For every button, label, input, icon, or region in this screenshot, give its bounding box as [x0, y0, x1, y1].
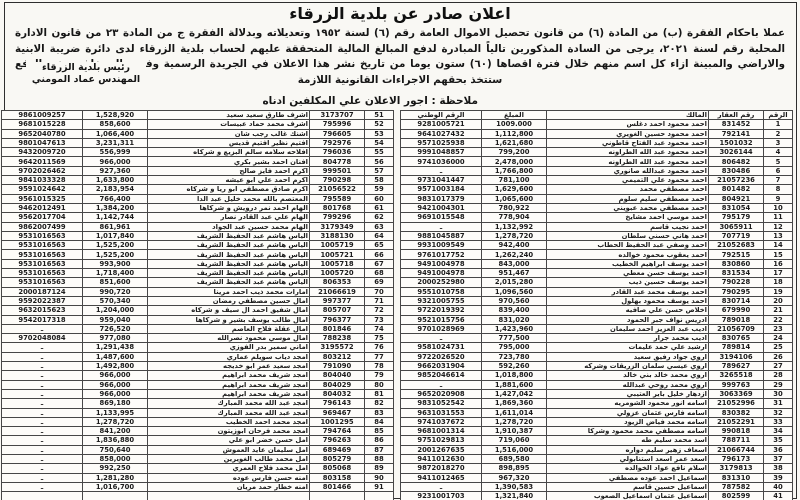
table-cell: 1,096,560 — [482, 287, 547, 296]
table-cell: 9652040780 — [2, 129, 83, 138]
table-cell: 1,065,600 — [482, 194, 547, 203]
table-cell: 831534 — [709, 269, 764, 278]
table-cell: افلاحه سلامه سالم البزيع و شركاه — [148, 148, 310, 157]
table-cell: ـ — [2, 427, 83, 436]
table-cell: 40 — [764, 482, 793, 491]
table-row: 303063369ازدهار خليل باير العتيبي1,427,0… — [401, 389, 793, 398]
table-cell: 9691015548 — [401, 213, 482, 222]
table-cell: 999501 — [310, 166, 365, 175]
table-cell: 10 — [764, 203, 793, 212]
table-cell: 796143 — [310, 399, 365, 408]
table-cell: 61 — [365, 203, 394, 212]
table-cell: 790228 — [709, 278, 764, 287]
table-cell: ازدهار خليل باير العتيبي — [547, 389, 709, 398]
table-cell: 9591024642 — [2, 185, 83, 194]
table-row: 85794764امجد محمد فرحان ابوزيتون841,200ـ — [2, 427, 394, 436]
table-cell: 966,000 — [83, 380, 148, 389]
table-cell: اسامه محمد فياض الزيود — [547, 417, 709, 426]
table-cell: 81 — [365, 389, 394, 398]
table-cell: 1,427,042 — [482, 389, 547, 398]
table-cell: 57 — [365, 166, 394, 175]
table-cell: امال حسين مصطفي رمضان — [148, 296, 310, 305]
table-cell: 805068 — [310, 464, 365, 473]
table-cell: 37 — [764, 454, 793, 463]
table-cell: 689,580 — [482, 454, 547, 463]
table-cell: 3065911 — [709, 222, 764, 231]
table-cell: ـ — [2, 324, 83, 333]
table-cell: احمد محمود عبدالله صانوري — [547, 166, 709, 175]
note-line: ملاحظة : اجور الاعلان علي المكلفين ادناه — [262, 95, 478, 107]
col-header: المبلغ — [482, 111, 547, 120]
table-cell: 21052683 — [709, 241, 764, 250]
table-cell: 9521015756 — [401, 315, 482, 324]
table-cell: الهام احمد نمر درويش و شركاها — [148, 203, 310, 212]
table-cell: الياس هاشم عبد الحفيظ الشريف — [148, 250, 310, 259]
table-row: 29999763اروي محمد روحي عبدالله1,881,600ـ — [401, 380, 793, 389]
table-cell — [310, 492, 365, 500]
table-cell: 1,384,200 — [83, 203, 148, 212]
table-row: 75788238امال موسي محمود نصرالله977,08097… — [2, 334, 394, 343]
table-cell: 25 — [764, 343, 793, 352]
table-cell: 9531016563 — [2, 278, 83, 287]
table-cell: 9592022387 — [2, 296, 83, 305]
table-cell: امال طالب يوسف بشير و شركاها — [148, 315, 310, 324]
taxpayers-table-right-half: الرقمرقم العقارالمالكالمبلغالرقم الوطني … — [406, 110, 793, 500]
table-row: 91801466امنه خطار حمد مريان1,016,700ـ — [2, 482, 394, 491]
table-cell: اماني سمير بدر الفوزي — [148, 343, 310, 352]
table-cell: 9491004978 — [401, 259, 482, 268]
table-cell: 90 — [365, 473, 394, 482]
table-cell: 68 — [365, 269, 394, 278]
table-row: 54792976افتيم نظير افتيم قديس3,231,31198… — [2, 138, 394, 147]
table-cell: 990,720 — [83, 287, 148, 296]
table-cell: اروي محمد خالد بني خالد — [547, 371, 709, 380]
table-cell: الياس هاشم عبد الحفيظ الشريف — [148, 259, 310, 268]
table-row: 55796036افلاحه سلامه سالم البزيع و شركاه… — [2, 148, 394, 157]
table-cell: 3 — [764, 138, 793, 147]
table-cell: 9561015325 — [2, 194, 83, 203]
table-cell: اشنك غالب رجب شان — [148, 129, 310, 138]
table-row: 69806353الياس هاشم عبد الحفيظ الشريف851,… — [2, 278, 394, 287]
table-row: 3121052996اسامه انور محمود الشومريه1,869… — [401, 399, 793, 408]
table-cell: 898,895 — [482, 464, 547, 473]
table-row: 58790298اكرم احمد علي ابو عيشه1,633,8009… — [2, 176, 394, 185]
table-cell: 85 — [365, 427, 394, 436]
table-row: 283265518اروي محمد خالد بني خالد1,018,80… — [401, 371, 793, 380]
table-cell: 1,910,387 — [482, 427, 547, 436]
table-row: 78791090امجد سعيد عمر ابو خديجه1,492,800… — [2, 362, 394, 371]
table-right: الرقمرقم العقارالمالكالمبلغالرقم الوطني … — [400, 110, 793, 500]
table-row: 89805068امل محمد فلاح العمري992,250ـ — [2, 464, 394, 473]
table-cell: 53 — [365, 129, 394, 138]
table-cell: 788238 — [310, 334, 365, 343]
table-cell: 27 — [764, 362, 793, 371]
table-cell: 679990 — [709, 306, 764, 315]
table-row: 90803158امنه حسن فارس عوده1,281,280ـ — [2, 473, 394, 482]
table-cell: 17 — [764, 269, 793, 278]
table-cell: 993,900 — [83, 259, 148, 268]
table-row: 21679990اخلاص حسن علي صافيه839,400972201… — [401, 306, 793, 315]
table-cell: 52 — [365, 120, 394, 129]
table-cell: 9652020908 — [401, 389, 482, 398]
table-cell: اسامه مصطفي محمد محمود وشركا — [547, 427, 709, 436]
table-cell: 9931009549 — [401, 241, 482, 250]
table-cell: 63 — [365, 222, 394, 231]
table-cell: 2 — [764, 129, 793, 138]
table-cell: 84 — [365, 417, 394, 426]
table-cell: 9542017318 — [2, 315, 83, 324]
table-cell: 70 — [365, 287, 394, 296]
table-cell: امجد محمد فرحان ابوزيتون — [148, 427, 310, 436]
table-cell: 24 — [764, 334, 793, 343]
table-cell: 9872018270 — [401, 464, 482, 473]
table-cell: 78 — [365, 362, 394, 371]
table-row: 18790228احمد يوسف حسين ذيب2,015,28020002… — [401, 278, 793, 287]
table-row: 52795996اشرف محمد حماد عبيسات858,6009681… — [2, 120, 394, 129]
table-cell: 64 — [365, 231, 394, 240]
table-cell: 3188130 — [310, 231, 365, 240]
table-cell: 1005721 — [310, 250, 365, 259]
table-cell: 9411012465 — [401, 473, 482, 482]
table-cell: 723,780 — [482, 352, 547, 361]
table-row: 88805279امل محمد طالب الغويرين858,000ـ — [2, 454, 394, 463]
table-cell: اكرم صادق مصطفي ابو ريا و شركاه — [148, 185, 310, 194]
table-cell: ادريس نواف جبر الحمود — [547, 315, 709, 324]
table-cell: 689469 — [310, 445, 365, 454]
table-cell: 8 — [764, 185, 793, 194]
table-cell: 18 — [764, 278, 793, 287]
table-row: 13707719احمد هاني حسني سلطان1,278,720988… — [401, 231, 793, 240]
table-cell: 804921 — [709, 194, 764, 203]
table-cell: 13 — [764, 231, 793, 240]
table-cell: 990818 — [709, 427, 764, 436]
table-cell: 992,250 — [83, 464, 148, 473]
table-cell: 1005718 — [310, 259, 365, 268]
table-row: 3321052291اسامه محمد فياض الزيود1,278,72… — [401, 417, 793, 426]
table-cell: 1,492,800 — [83, 362, 148, 371]
table-cell: 1,516,000 — [482, 445, 547, 454]
table-cell: اشرف محمد حماد عبيسات — [148, 120, 310, 129]
table-cell: الياس هاشم عبد الحفيظ الشريف — [148, 278, 310, 287]
col-header: رقم العقار — [709, 111, 764, 120]
table-cell: 9411012630 — [401, 454, 482, 463]
table-cell: 726,520 — [83, 324, 148, 333]
table-cell: 1 — [764, 120, 793, 129]
table-cell: 16 — [764, 259, 793, 268]
table-cell: 801466 — [310, 482, 365, 491]
table-cell: 41 — [764, 492, 793, 500]
table-cell: المعتصم بالله محمد خليل عبد الدا — [148, 194, 310, 203]
table-cell: 3179813 — [709, 464, 764, 473]
table-cell: 1001295 — [310, 417, 365, 426]
table-cell: 795179 — [709, 213, 764, 222]
table-cell: 9831052542 — [401, 399, 482, 408]
table-cell: 9831017379 — [401, 194, 482, 203]
table-cell: 9531016563 — [2, 269, 83, 278]
table-row: 20830714احمد يوسف محمود بهلول970,5609321… — [401, 296, 793, 305]
table-cell: 1,112,800 — [482, 129, 547, 138]
table-cell: 796173 — [709, 454, 764, 463]
table-cell: 789627 — [709, 362, 764, 371]
table-row: 73796377امال طالب يوسف بشير و شركاها959,… — [2, 315, 394, 324]
table-cell: 788711 — [709, 436, 764, 445]
table-cell: ـ — [2, 482, 83, 491]
col-header: الرقم الوطني — [401, 111, 482, 120]
table-row: 27789627اروي عيسي سلمان الزريقات وشركه59… — [401, 362, 793, 371]
table-cell: 9551010758 — [401, 287, 482, 296]
table-cell: 795996 — [310, 120, 365, 129]
table-cell: 9852046614 — [401, 371, 482, 380]
table-row: 37796173اسعد عمر اسعد استنابولي689,58094… — [401, 454, 793, 463]
table-row: 9804921احمد مصطفي سليم سلوم1,065,6009831… — [401, 194, 793, 203]
table-cell: 780,922 — [482, 203, 547, 212]
table-cell: امارات محمد ذيب احمد مرينا — [148, 287, 310, 296]
table-cell: 830382 — [709, 408, 764, 417]
table-cell — [148, 492, 310, 500]
table-cell: امل حسن خضر ابو علي — [148, 436, 310, 445]
table-cell: 778,904 — [482, 213, 547, 222]
table-row: 123065911احمد نجيب قاسم1,132,992ـ — [401, 222, 793, 231]
table-cell — [83, 492, 148, 500]
table-cell: 28 — [764, 371, 793, 380]
table-cell: 831310 — [709, 473, 764, 482]
table-row: 39831310اسماعيل احمد عوده مصطفي967,32094… — [401, 473, 793, 482]
table-cell: 21057236 — [709, 176, 764, 185]
table-row: 81804032امجد شريف محمد ابراهيم966,000ـ — [2, 389, 394, 398]
signature-name: المهندس عماد المومني — [26, 74, 146, 86]
table-cell: 831,020 — [482, 315, 547, 324]
table-cell: 76 — [365, 343, 394, 352]
table-cell: 9462012491 — [2, 203, 83, 212]
table-row: 643188130الياس هاشم عبد الحفيظ الشريف1,0… — [2, 231, 394, 240]
table-cell: 1,204,000 — [83, 306, 148, 315]
table-cell: اسماعيل حسين قاسم — [547, 482, 709, 491]
table-cell: احمد مصطفي محمد عبويني — [547, 203, 709, 212]
table-cell: 1,278,720 — [482, 231, 547, 240]
table-cell: افنان احمد بشير بكري — [148, 157, 310, 166]
table-cell: افتيم نظير افتيم قديس — [148, 138, 310, 147]
table-cell: 1,611,014 — [482, 408, 547, 417]
table-cell: 23 — [764, 324, 793, 333]
table-row: 8801482احمد مصطفي محمد1,629,600957100318… — [401, 185, 793, 194]
table-cell: 1,621,680 — [482, 138, 547, 147]
table-row: 57999501اكرم احمد فايز صالح927,360970202… — [2, 166, 394, 175]
table-cell: 74 — [365, 324, 394, 333]
table-row: 74801846امال عقلة فلاح العاصم726,520ـ — [2, 324, 394, 333]
table-row: 53796605اشنك غالب رجب شان1,066,400965204… — [2, 129, 394, 138]
table-row: 83969467امجد عبد الله محمد المبارك1,133,… — [2, 408, 394, 417]
table-cell: ـ — [2, 436, 83, 445]
table-cell: 966,000 — [83, 157, 148, 166]
table-cell: 802599 — [709, 492, 764, 500]
table-cell: ـ — [401, 334, 482, 343]
table-cell: 9751029813 — [401, 436, 482, 445]
table-row: 56804778افنان احمد بشير بكري966,00096420… — [2, 157, 394, 166]
table-cell: امل محمد فلاح العمري — [148, 464, 310, 473]
table-cell: 1,278,720 — [482, 417, 547, 426]
table-row: 763195572اماني سمير بدر الفوزي1,291,438ـ — [2, 343, 394, 352]
table-cell: ـ — [2, 380, 83, 389]
table-cell: 570,340 — [83, 296, 148, 305]
table-cell: 977,080 — [83, 334, 148, 343]
table-cell: امجد عبد الله محمد المبارك — [148, 399, 310, 408]
table-cell: 831054 — [709, 203, 764, 212]
table-cell: 804778 — [310, 157, 365, 166]
table-cell: 804040 — [310, 371, 365, 380]
table-cell: اسماعيل احمد عوده مصطفي — [547, 473, 709, 482]
table-cell: ـ — [2, 389, 83, 398]
table-cell: 801768 — [310, 203, 365, 212]
table-cell: 58 — [365, 176, 394, 185]
table-cell: 9281005721 — [401, 120, 482, 129]
table-cell: 841,200 — [83, 427, 148, 436]
table-cell: احمد يوسف حسين ذيب — [547, 278, 709, 287]
table-cell: 997377 — [310, 296, 365, 305]
table-cell: اسد محمد سليم طه — [547, 436, 709, 445]
table-cell: 2,183,954 — [83, 185, 148, 194]
table-cell: 1,278,720 — [83, 417, 148, 426]
table-cell: 39 — [764, 473, 793, 482]
table-cell: ـ — [401, 482, 482, 491]
table-cell: امجد عبد الله محمد المبارك — [148, 408, 310, 417]
table-cell: 9231001703 — [401, 492, 482, 500]
table-cell: 806482 — [709, 157, 764, 166]
table-cell: 55 — [365, 148, 394, 157]
table-row: 82796143امجد عبد الله محمد المبارك869,18… — [2, 399, 394, 408]
table-cell — [365, 492, 394, 500]
table-cell: 9841033328 — [2, 176, 83, 185]
table-row: 15792515احمد يعقوب محمود خوالده1,262,240… — [401, 250, 793, 259]
table-cell: 766,400 — [83, 194, 148, 203]
table-cell: امل سليمان عايد العموش — [148, 445, 310, 454]
table-row: 31501032احمد محمود عبد الفتاح قاطوني1,62… — [401, 138, 793, 147]
table-cell: احمد يوسف محمود بهلول — [547, 296, 709, 305]
table-cell: 9702026462 — [2, 166, 83, 175]
table-cell: 805707 — [310, 306, 365, 315]
table-cell: 87 — [365, 445, 394, 454]
table-cell: 799,200 — [482, 148, 547, 157]
table-cell: 801482 — [709, 185, 764, 194]
announcement-page: { "page": { "title": "اعلان صادر عن بلدي… — [0, 0, 800, 500]
table-row: 3621066744اسعاف زهير سليم دواره1,516,000… — [401, 445, 793, 454]
table-cell: 9562017704 — [2, 213, 83, 222]
table-cell: 861,961 — [83, 222, 148, 231]
table-cell: 831452 — [709, 120, 764, 129]
table-cell: 56 — [365, 157, 394, 166]
table-cell: 792976 — [310, 138, 365, 147]
table-cell: 801846 — [310, 324, 365, 333]
table-cell: امل محمد طالب الغويرين — [148, 454, 310, 463]
table-row: 671005718الياس هاشم عبد الحفيظ الشريف993… — [2, 259, 394, 268]
table-cell: الياس هاشم عبد الحفيظ الشريف — [148, 231, 310, 240]
table-cell: 1,633,800 — [83, 176, 148, 185]
table-cell: 1,629,600 — [482, 185, 547, 194]
table-cell: 9701028969 — [401, 324, 482, 333]
table-cell: 21052291 — [709, 417, 764, 426]
table-cell: 9571025938 — [401, 138, 482, 147]
table-cell: 787582 — [709, 482, 764, 491]
table-cell: 77 — [365, 352, 394, 361]
table-row: 25789814ارشيد علي حمد عليمات795,00095810… — [401, 343, 793, 352]
table-cell: 1,766,800 — [482, 166, 547, 175]
table-cell: احمد محمود عبد الفتاح قاطوني — [547, 138, 709, 147]
table-cell: 999763 — [709, 380, 764, 389]
table-cell: 21056522 — [310, 185, 365, 194]
table-cell: 839,400 — [482, 306, 547, 315]
table-cell: 7 — [764, 176, 793, 185]
table-cell: احمد محمود حسين الغويري — [547, 129, 709, 138]
table-cell: احمد محمود عبد الله الطراونه — [547, 148, 709, 157]
table-cell: 9421004301 — [401, 203, 482, 212]
table-cell: 9531016563 — [2, 231, 83, 240]
table-cell: 3179349 — [310, 222, 365, 231]
table-cell: 967,320 — [482, 473, 547, 482]
table-cell: اكرم احمد فايز صالح — [148, 166, 310, 175]
table-row: 1831452احمد محمود احمد دغلس1009.00092810… — [401, 120, 793, 129]
table-row: 10831054احمد مصطفي محمد عبويني780,922942… — [401, 203, 793, 212]
table-cell: الياس هاشم عبد الحفيظ الشريف — [148, 241, 310, 250]
table-row: 651005719الياس هاشم عبد الحفيظ الشريف1,5… — [2, 241, 394, 250]
table-cell: 54 — [365, 138, 394, 147]
table-cell: 79 — [365, 371, 394, 380]
table-cell: 791090 — [310, 362, 365, 371]
table-cell: 9 — [764, 194, 793, 203]
table-row: 721057236احمد محمود علي التميمي781,10097… — [401, 176, 793, 185]
table-cell: ـ — [401, 166, 482, 175]
table-cell: 9722026520 — [401, 352, 482, 361]
table-cell: 80 — [365, 380, 394, 389]
signature-role: رئيس بلدية الزرقاء — [26, 62, 146, 74]
table-cell: 36 — [764, 445, 793, 454]
table-cell: 795,000 — [482, 343, 547, 352]
table-cell: 803212 — [310, 352, 365, 361]
table-cell: ارشيد علي حمد عليمات — [547, 343, 709, 352]
table-cell: 789018 — [709, 315, 764, 324]
table-row: 32830382اسامه فارس عثمان عزولي1,611,0149… — [401, 408, 793, 417]
table-cell: 30 — [764, 389, 793, 398]
table-cell: 9631031553 — [401, 408, 482, 417]
table-cell: 9862007499 — [2, 222, 83, 231]
table-cell: 51 — [365, 111, 394, 120]
table-cell: 969467 — [310, 408, 365, 417]
table-cell: امجد شريف محمد ابراهيم — [148, 380, 310, 389]
table-left: 513173707اشرف طارق سعيد سعيد1,528,920986… — [1, 110, 394, 500]
table-cell: 1,018,800 — [482, 371, 547, 380]
table-cell: امجد محمد احمد الخطيب — [148, 417, 310, 426]
table-cell: 1,528,920 — [83, 111, 148, 120]
table-cell: 1,423,960 — [482, 324, 547, 333]
table-row: 72805707امال شفيق احمد ال سيف و شركاه1,2… — [2, 306, 394, 315]
table-cell: 1009.000 — [482, 120, 547, 129]
table-row: 43026144احمد محمود عبد الله الطراونه799,… — [401, 148, 793, 157]
table-cell: 750,640 — [83, 445, 148, 454]
table-cell: 792515 — [709, 250, 764, 259]
table-cell: 12 — [764, 222, 793, 231]
table-cell: 1501032 — [709, 138, 764, 147]
table-cell: 9321005755 — [401, 296, 482, 305]
table-cell: 26 — [764, 352, 793, 361]
table-cell: احمد يوسف محمد عبد القادر — [547, 287, 709, 296]
table-cell: 9531016563 — [2, 259, 83, 268]
table-cell: 82 — [365, 399, 394, 408]
table-row: 2792141احمد محمود حسين الغويري1,112,8009… — [401, 129, 793, 138]
table-cell: 9491004978 — [401, 269, 482, 278]
table-cell: 869,180 — [83, 399, 148, 408]
table-cell: 951,467 — [482, 269, 547, 278]
table-cell: 4 — [764, 148, 793, 157]
table-cell: 3026144 — [709, 148, 764, 157]
table-cell: 789814 — [709, 343, 764, 352]
